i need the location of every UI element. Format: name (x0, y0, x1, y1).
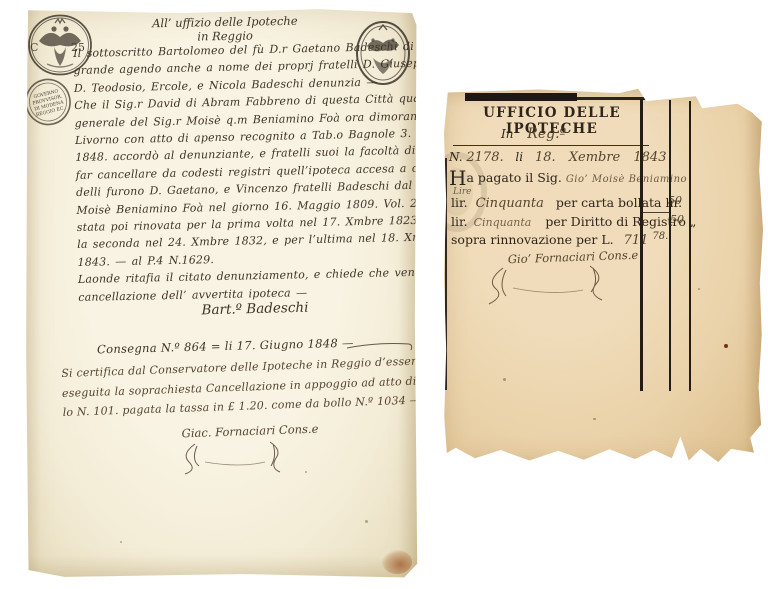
fee-row-carta-bollata: lir. Cinquanta per carta bollata lir. (451, 195, 682, 211)
row1-amount-words: Cinquanta (476, 196, 544, 211)
renewal-row: sopra rinnovazione per L. 711 78. (451, 231, 668, 248)
horizontal-rule (453, 145, 649, 146)
row1-lir-label: lir. (451, 195, 468, 210)
paid-text: a pagato il Sig. (466, 170, 561, 185)
oval-government-stamp: GOVERNO PROVVISOR. DI MODENA REGGIO EC. (20, 73, 76, 131)
paper-speck (503, 378, 506, 381)
certification-text: Si certifica dal Conservatore delle Ipot… (61, 351, 423, 422)
row3-description: sopra rinnovazione per L. (451, 232, 614, 247)
row1-description: per carta bollata lir. (556, 195, 682, 210)
manuscript-body: Il sottoscritto Bartolomeo del fù D.r Ga… (73, 38, 423, 306)
row2-lir-label: lir. (451, 214, 468, 229)
paper-speck (120, 541, 122, 543)
date-label: li (515, 150, 523, 164)
receipt-number-line: N. 2178. li 18. Xembre 1843 (449, 150, 666, 165)
paper-stain (382, 550, 412, 574)
receipt-top-bar (465, 93, 577, 101)
paper-speck (365, 520, 368, 523)
row3-amount: 711 (624, 233, 649, 248)
signature-declarant: Bart.º Badeschi (175, 299, 335, 319)
receipt-top-bar-thin (577, 97, 647, 100)
stamp-letter: C (30, 41, 38, 54)
date-handwritten: 18. Xembre 1843 (535, 150, 667, 165)
left-margin-rule (445, 158, 447, 390)
column-rule-middle (669, 100, 671, 391)
place-handwritten: Reg.º (527, 126, 566, 142)
receipt-signature-flourish (478, 260, 628, 310)
column-rule-right (689, 101, 691, 391)
number-handwritten: 2178. (466, 150, 503, 165)
paper-speck (698, 288, 700, 290)
manuscript-document: C 25 GOVERNO PROVVISOR. DI MODENA REGGIO… (25, 8, 418, 578)
receipt-place-line: In Reg.º (501, 126, 566, 142)
red-ink-dot (724, 344, 728, 348)
fee-row-diritto-registro: lir. Cinquanta per Diritto di Registro „ (451, 214, 696, 229)
row3-amount-cents: 78. (652, 231, 668, 242)
receipt-signature: Gio’ Fornaciari Cons.e (488, 247, 658, 267)
scanned-documents-canvas: C 25 GOVERNO PROVVISOR. DI MODENA REGGIO… (0, 0, 768, 589)
column-rule-thick (640, 99, 643, 391)
signature-conservator: Giac. Fornaciari Cons.e (165, 421, 335, 441)
number-label: N. (449, 150, 463, 164)
row2-amount-words: Cinquanta (474, 216, 532, 229)
receipt-document: UFFICIO DELLE IPOTECHE In Reg.º N. 2178.… (443, 88, 763, 462)
signature-paraph-flourish (175, 438, 305, 478)
paper-speck (305, 471, 307, 473)
paper-speck (593, 418, 596, 420)
paid-line: Ha pagato il Sig. Gio’ Moisè Beniamino (449, 170, 687, 185)
in-label: In (501, 127, 513, 141)
column-amount-2: 50 (670, 213, 684, 226)
amount-divider-line (642, 212, 669, 213)
consegna-note: Consegna N.º 864 = li 17. Giugno 1848 — (97, 336, 354, 357)
